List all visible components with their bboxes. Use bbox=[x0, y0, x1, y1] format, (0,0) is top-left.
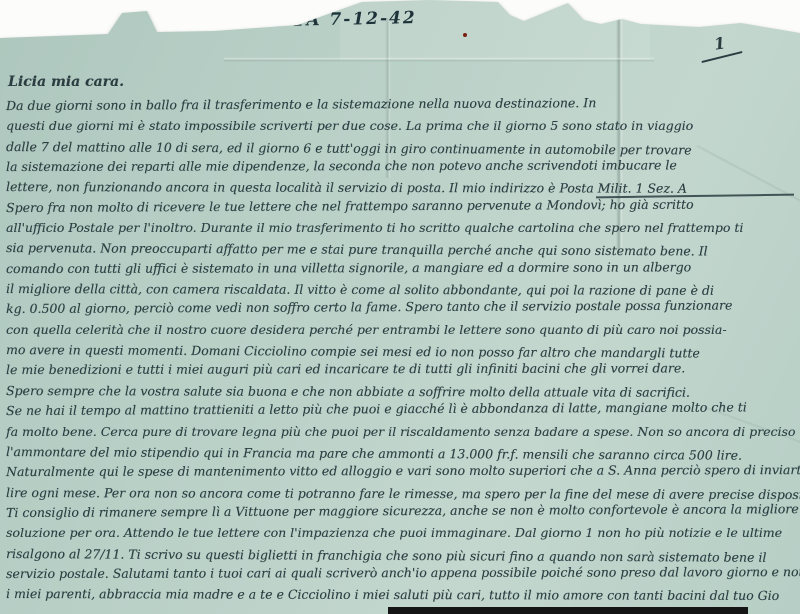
letter-line: all'ufficio Postale per l'inoltro. Duran… bbox=[6, 218, 798, 238]
letter-line: Naturalmente qui le spese di manteniment… bbox=[6, 460, 798, 482]
military-postmark-date: P.M. 1A 7-12-42 bbox=[236, 8, 417, 32]
salutation: Licia mia cara. bbox=[8, 74, 124, 90]
letter-line: fa molto bene. Cerca pure di trovare leg… bbox=[6, 422, 798, 442]
page-number: 1 bbox=[713, 33, 727, 53]
letter-line: Se ne hai il tempo al mattino trattienit… bbox=[6, 397, 798, 421]
letter-paper: P.M. 1A 7-12-42 1 Licia mia cara. Da due… bbox=[0, 0, 800, 614]
letter-line: le mie benedizioni e tutti i miei auguri… bbox=[6, 359, 798, 381]
letter-line: questi due giorni mi è stato impossibile… bbox=[6, 116, 798, 136]
letter-body: Da due giorni sono in ballo fra il trasf… bbox=[6, 96, 798, 605]
letter-line: con quella celerità che il nostro cuore … bbox=[6, 320, 798, 340]
letter-line: Ti consiglio di rimanere sempre lì a Vit… bbox=[6, 499, 798, 523]
letter-line: comando con tutti gli uffici è sistemato… bbox=[6, 257, 798, 279]
paper-shadow-wrap: P.M. 1A 7-12-42 1 Licia mia cara. Da due… bbox=[0, 0, 800, 614]
letter-line: soluzione per ora. Attendo le tue letter… bbox=[6, 523, 798, 543]
letter-line: Spero fra non molto di ricevere le tue l… bbox=[6, 194, 798, 218]
letter-line: i miei parenti, abbraccia mia madre e a … bbox=[6, 584, 798, 606]
letter-line: kg. 0.500 al giorno, perciò come vedi no… bbox=[6, 296, 798, 320]
letter-line: servizio postale. Salutami tanto i tuoi … bbox=[6, 562, 798, 584]
red-ink-dot bbox=[463, 33, 467, 37]
letter-line: la sistemazione dei reparti alle mie dip… bbox=[6, 155, 798, 177]
letter-line: Da due giorni sono in ballo fra il trasf… bbox=[6, 92, 798, 116]
scanned-letter-page: P.M. 1A 7-12-42 1 Licia mia cara. Da due… bbox=[0, 0, 800, 614]
scanner-edge-bar bbox=[388, 607, 748, 614]
